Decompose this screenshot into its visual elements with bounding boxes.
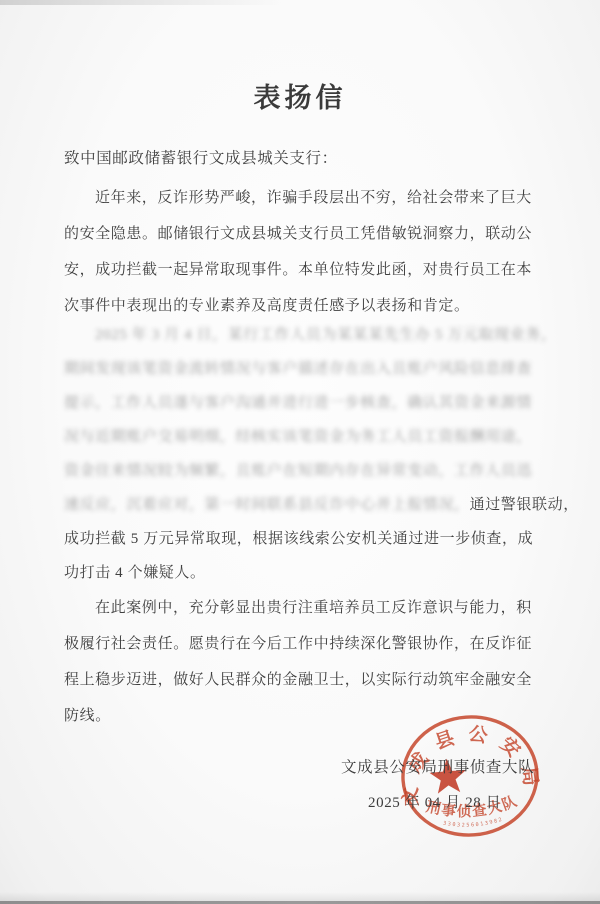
paragraph-intro: 近年来，反诈形势严峻，诈骗手段层出不穷，给社会带来了巨大 的安全隐患。邮储银行文… bbox=[64, 180, 540, 324]
salutation-line: 致中国邮政储蓄银行文成县城关支行： bbox=[64, 146, 338, 168]
body-line: 在此案例中，充分彰显出贵行注重培养员工反诈意识与能力，积 bbox=[64, 590, 540, 626]
redacted-text-partial: 速反应，沉着应对，第一时间联系县反诈中心并上报情况， bbox=[64, 497, 470, 513]
redacted-text-line: 资金往来情况较为频繁，且账户在短期内存在异常变动，工作人员迅 bbox=[64, 463, 532, 479]
body-line: 功打击 4 个嫌疑人。 bbox=[64, 556, 540, 590]
redacted-text-line: 2025 年 3 月 4 日，某行工作人员为某某某先生办 5 万元取现业务， bbox=[95, 327, 557, 343]
signature-unit: 文成县公安局刑事侦查大队 bbox=[341, 755, 534, 777]
commendation-letter-page: 表扬信 致中国邮政储蓄银行文成县城关支行： 近年来，反诈形势严峻，诈骗手段层出不… bbox=[0, 0, 600, 904]
paragraph-closing: 在此案例中，充分彰显出贵行注重培养员工反诈意识与能力，积 极履行社会责任。愿贵行… bbox=[64, 590, 540, 734]
body-line: 近年来，反诈形势严峻，诈骗手段层出不穷，给社会带来了巨大 bbox=[64, 180, 540, 216]
redacted-text-line: 期间发现该笔资金流转情况与客户描述存在出入且账户风险信息排查 bbox=[64, 361, 532, 377]
scan-artifact-bottom-shade bbox=[0, 892, 600, 901]
body-line: 安，成功拦截一起异常取现事件。本单位特发此函，对贵行员工在本 bbox=[64, 252, 540, 288]
official-red-seal: 文成县公安局 刑事侦查大队 3303256013982 bbox=[394, 709, 546, 845]
body-line: 成功拦截 5 万元异常取现，根据该线索公安机关通过进一步侦查，成 bbox=[64, 522, 540, 556]
body-line: 程上稳步迈进，做好人民群众的金融卫士，以实际行动筑牢金融安全 bbox=[64, 662, 540, 698]
redacted-text-line: 况与近期账户交易明细，经核实该笔资金为务工人员工资报酬用途， bbox=[64, 429, 532, 445]
body-text-fragment: 通过警银联动， bbox=[470, 497, 579, 513]
signature-date: 2025 年 04 月 28 日 bbox=[368, 791, 501, 812]
scan-artifact-top bbox=[0, 0, 335, 5]
redacted-text-line: 提示，工作人员遂与客户沟通并进行进一步核查，确认其资金来源情 bbox=[64, 395, 532, 411]
paragraph-case-details-redacted: 2025 年 3 月 4 日，某行工作人员为某某某先生办 5 万元取现业务， 期… bbox=[64, 318, 540, 590]
body-line: 的安全隐患。邮储银行文成县城关支行员工凭借敏锐洞察力，联动公 bbox=[64, 216, 540, 252]
body-line: 极履行社会责任。愿贵行在今后工作中持续深化警银协作，在反诈征 bbox=[64, 626, 540, 662]
letter-title: 表扬信 bbox=[0, 76, 600, 115]
